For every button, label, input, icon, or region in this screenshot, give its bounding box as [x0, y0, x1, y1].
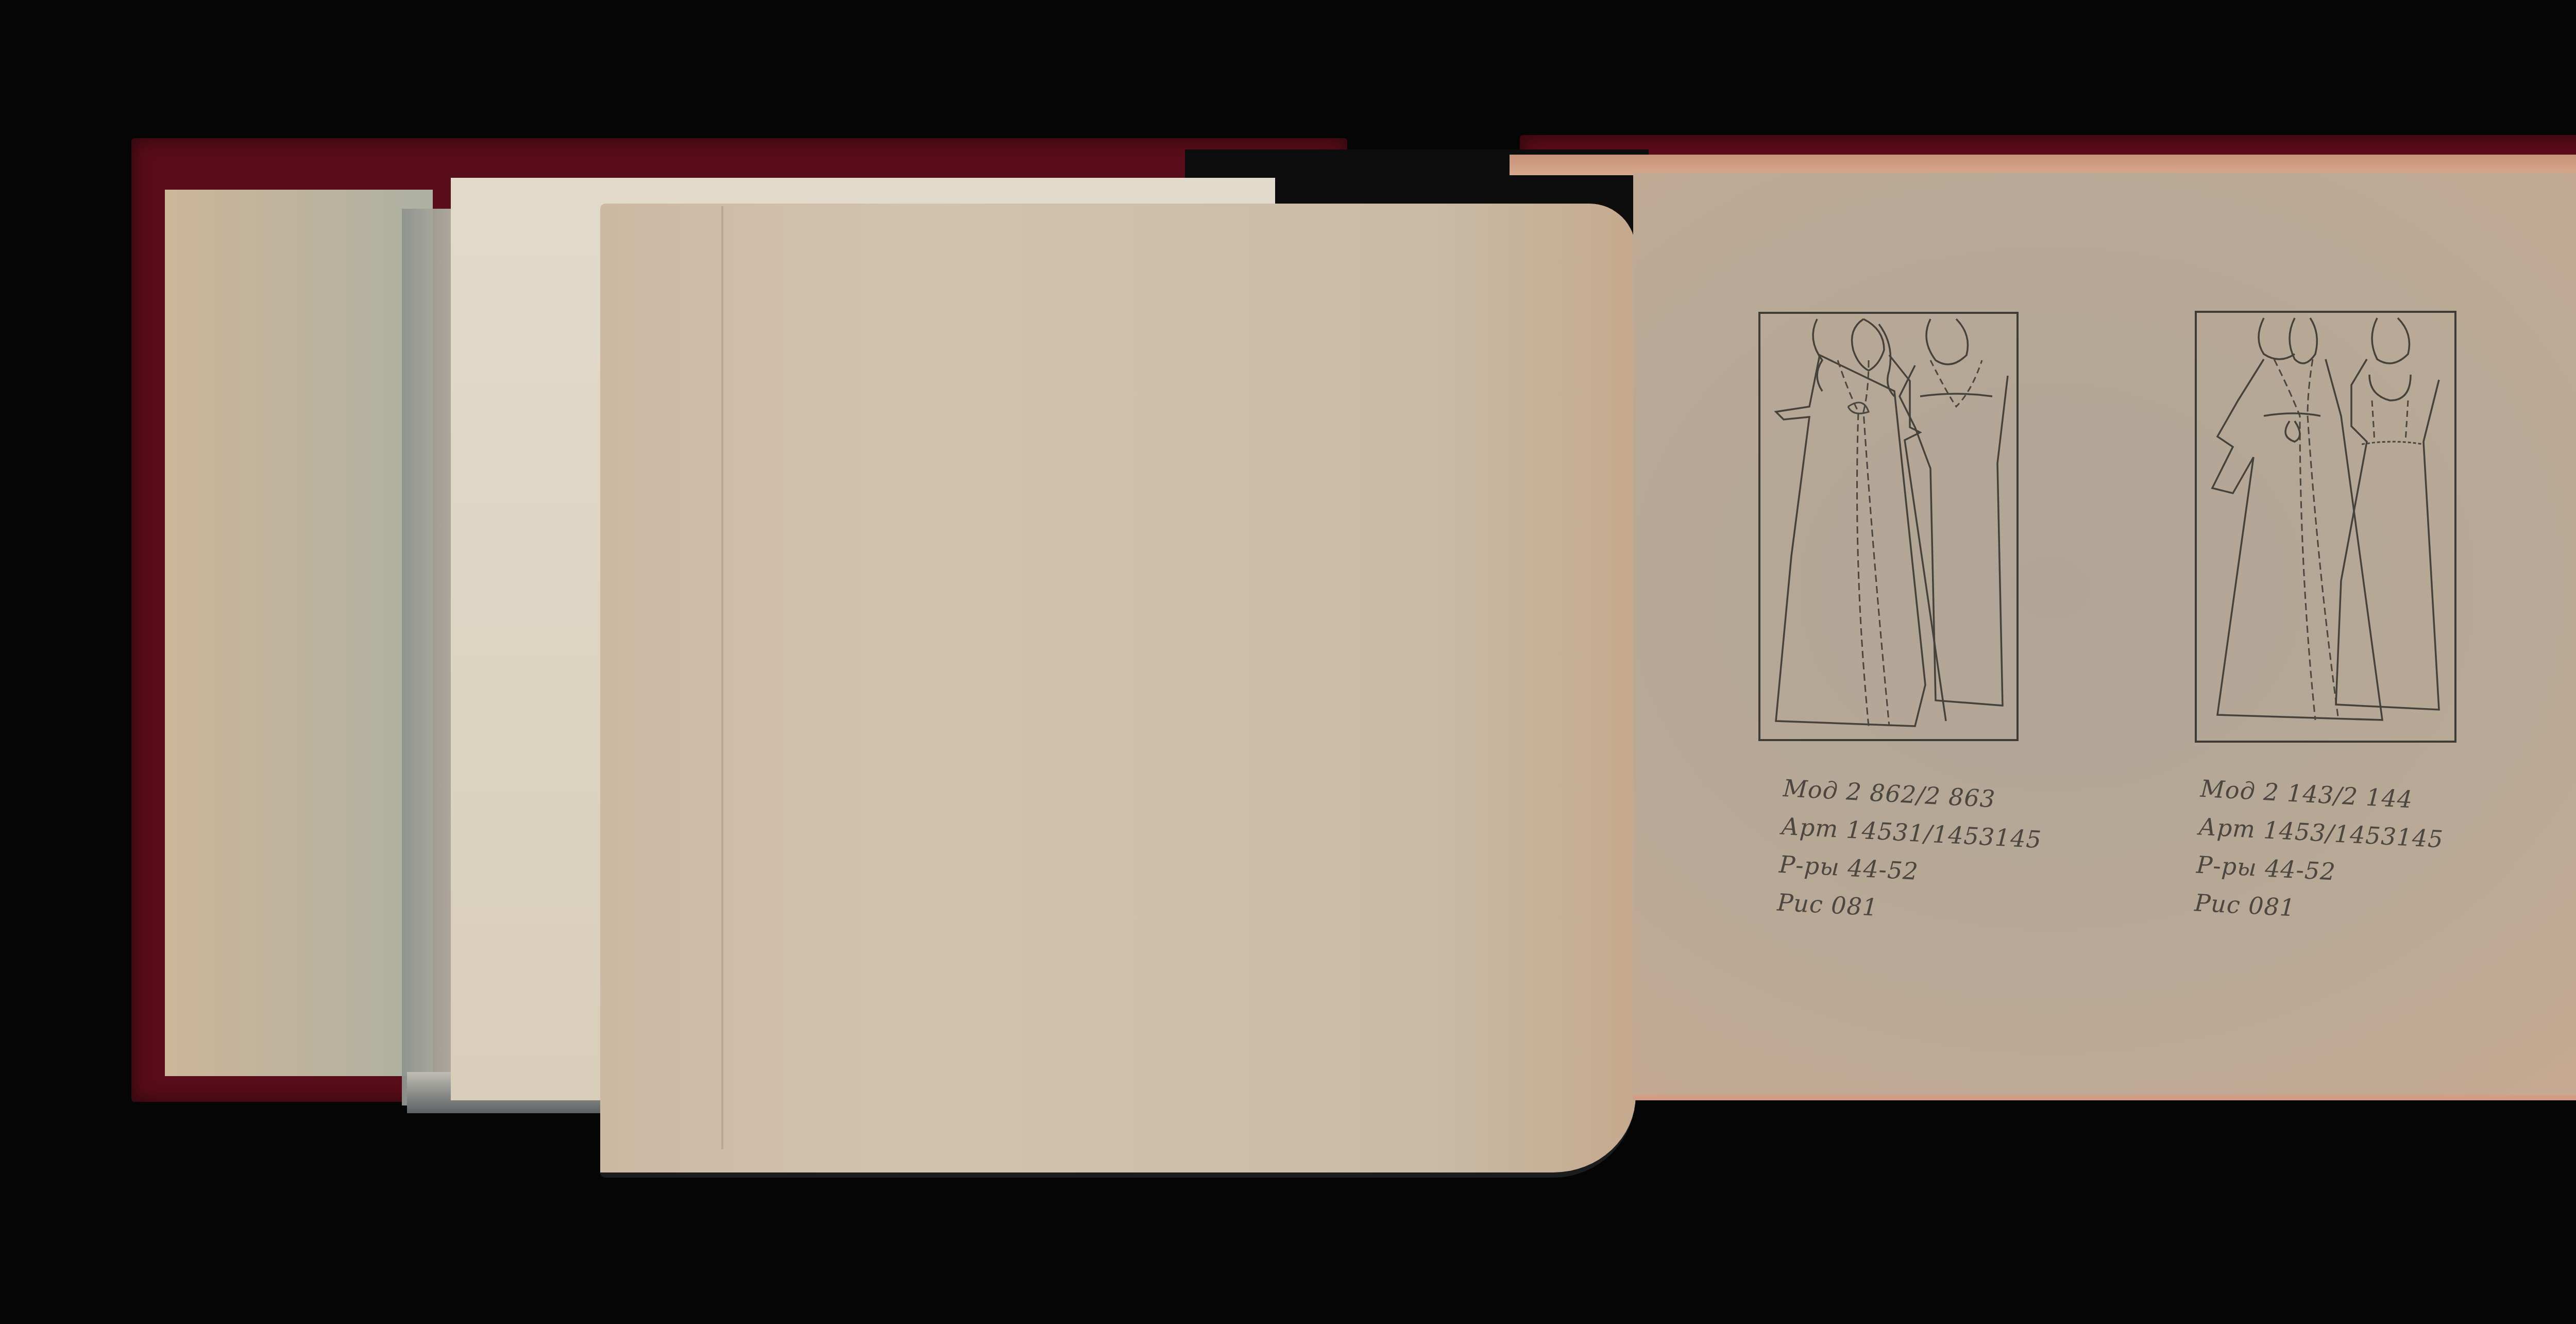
robe-sketch-icon: [1760, 314, 2016, 739]
left-flyleaf: [165, 190, 433, 1076]
sketch-frame-1: [1758, 312, 2019, 741]
page-stack-edge: [1510, 155, 2576, 175]
sketch-frame-2: [2195, 311, 2456, 743]
curled-page[interactable]: [600, 204, 1636, 1178]
sketch-2-caption: Мод 2 143/2 144 Арт 1453/1453145 Р-ры 44…: [2194, 769, 2447, 935]
right-page: Мод 2 862/2 863 Арт 14531/1453145 Р-ры 4…: [1633, 173, 2576, 1100]
page-fold-line: [721, 206, 723, 1149]
robe-sketch-icon: [2197, 313, 2454, 741]
sketch-1-caption: Мод 2 862/2 863 Арт 14531/1453145 Р-ры 4…: [1776, 769, 2045, 935]
